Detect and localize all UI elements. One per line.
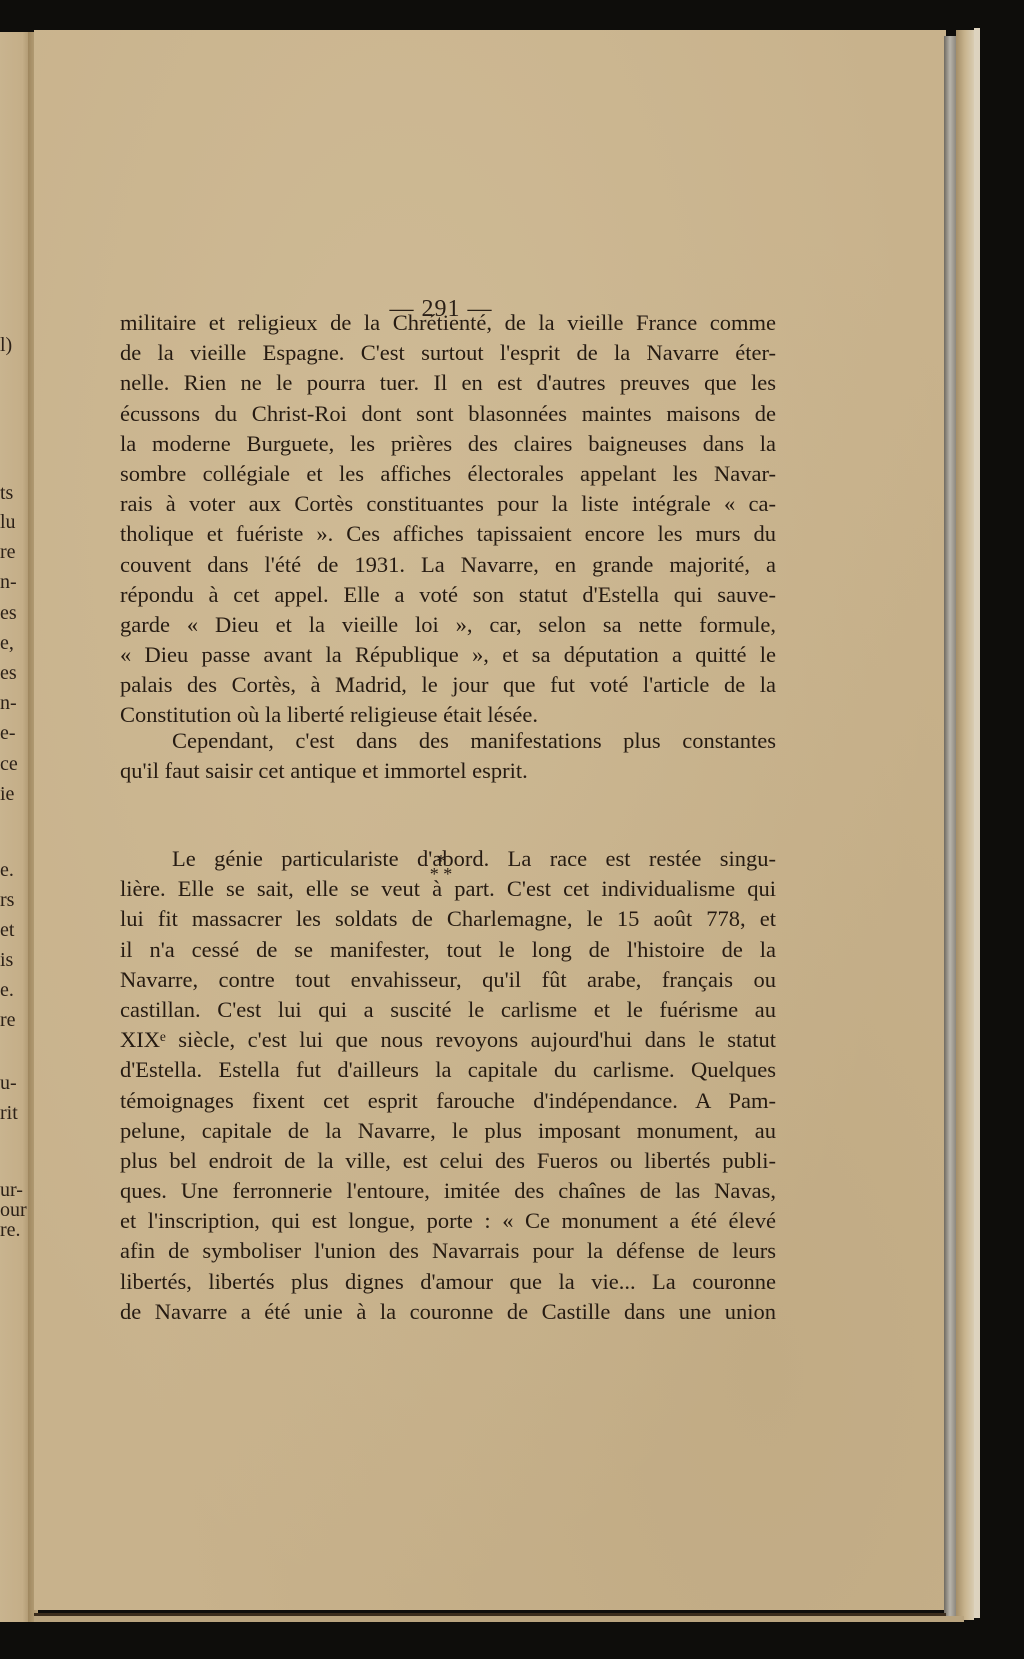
previous-page-text-fragment: our: [0, 1200, 27, 1220]
previous-page-text-fragment: rit: [0, 1103, 18, 1123]
previous-page-text-fragment: n-: [0, 693, 17, 713]
previous-page-text-fragment: et: [0, 920, 14, 940]
previous-page-text-fragment: re: [0, 1010, 16, 1030]
previous-page-text-fragment: ie: [0, 784, 14, 804]
text-line: plus bel endroit de la ville, est celui …: [120, 1146, 776, 1176]
previous-page-text-fragment: rs: [0, 890, 14, 910]
text-line: palais des Cortès, à Madrid, le jour que…: [120, 670, 776, 700]
text-line: il n'a cessé de se manifester, tout le l…: [120, 935, 776, 965]
text-line: de la vieille Espagne. C'est surtout l'e…: [120, 338, 776, 368]
text-line: d'Estella. Estella fut d'ailleurs la cap…: [120, 1055, 776, 1085]
previous-page-text-fragment: es: [0, 663, 17, 683]
text-line: afin de symboliser l'union des Navarrais…: [120, 1236, 776, 1266]
previous-page-text-fragment: e.: [0, 980, 14, 1000]
previous-page-text-fragment: e,: [0, 633, 14, 653]
previous-page-text-fragment: is: [0, 950, 13, 970]
previous-page-text-fragment: es: [0, 603, 17, 623]
previous-page-text-fragment: n-: [0, 572, 17, 592]
text-line: militaire et religieux de la Chrétienté,…: [120, 308, 776, 338]
text-line: « Dieu passe avant la République », et s…: [120, 640, 776, 670]
previous-page-text-fragment: ts: [0, 483, 13, 503]
text-line: pelune, capitale de la Navarre, le plus …: [120, 1116, 776, 1146]
previous-page-text-fragment: ce: [0, 754, 18, 774]
previous-page-text-fragment: e.: [0, 860, 14, 880]
previous-page-text-fragment: l): [0, 335, 12, 355]
text-line: libertés, libertés plus dignes d'amour q…: [120, 1267, 776, 1297]
text-line: répondu à cet appel. Elle a voté son sta…: [120, 580, 776, 610]
previous-page-text-fragment: lu: [0, 512, 16, 532]
page-edge-shadow: [944, 36, 956, 1616]
text-line: témoignages fixent cet esprit farouche d…: [120, 1086, 776, 1116]
paragraph-1: militaire et religieux de la Chrétienté,…: [120, 308, 776, 731]
previous-page-text-fragment: re.: [0, 1220, 21, 1240]
book-page: — 291 — militaire et religieux de la Chr…: [34, 30, 946, 1610]
page-stack-edge: [956, 30, 974, 1620]
paragraph-2: Cependant, c'est dans des manifestations…: [120, 726, 776, 786]
text-line: XIXᵉ siècle, c'est lui que nous revoyons…: [120, 1025, 776, 1055]
text-line: nelle. Rien ne le pourra tuer. Il en est…: [120, 368, 776, 398]
text-line: rais à voter aux Cortès constituantes po…: [120, 489, 776, 519]
text-line: tholique et fuériste ». Ces affiches tap…: [120, 519, 776, 549]
previous-page-text-fragment: u-: [0, 1073, 17, 1093]
text-line: de Navarre a été unie à la couronne de C…: [120, 1297, 776, 1327]
text-line: Cependant, c'est dans des manifestations…: [120, 726, 776, 756]
text-line: couvent dans l'été de 1931. La Navarre, …: [120, 550, 776, 580]
text-line: Le génie particulariste d'abord. La race…: [120, 844, 776, 874]
text-line: Navarre, contre tout envahisseur, qu'il …: [120, 965, 776, 995]
page-bottom-strip: [34, 1616, 964, 1622]
text-line: castillan. C'est lui qui a suscité le ca…: [120, 995, 776, 1025]
text-line: la moderne Burguete, les prières des cla…: [120, 429, 776, 459]
text-line: qu'il faut saisir cet antique et immorte…: [120, 756, 776, 786]
cover-edge: [974, 28, 980, 1618]
previous-page-text-fragment: e-: [0, 723, 16, 743]
paragraph-3: Le génie particulariste d'abord. La race…: [120, 844, 776, 1327]
text-line: garde « Dieu et la vieille loi », car, s…: [120, 610, 776, 640]
text-line: écussons du Christ-Roi dont sont blasonn…: [120, 399, 776, 429]
text-line: et l'inscription, qui est longue, porte …: [120, 1206, 776, 1236]
previous-page-text-fragment: re: [0, 542, 16, 562]
text-line: sombre collégiale et les affiches électo…: [120, 459, 776, 489]
text-line: lière. Elle se sait, elle se veut à part…: [120, 874, 776, 904]
previous-page-text-fragment: ur-: [0, 1180, 23, 1200]
text-line: lui fit massacrer les soldats de Charlem…: [120, 904, 776, 934]
text-line: ques. Une ferronnerie l'entoure, imitée …: [120, 1176, 776, 1206]
